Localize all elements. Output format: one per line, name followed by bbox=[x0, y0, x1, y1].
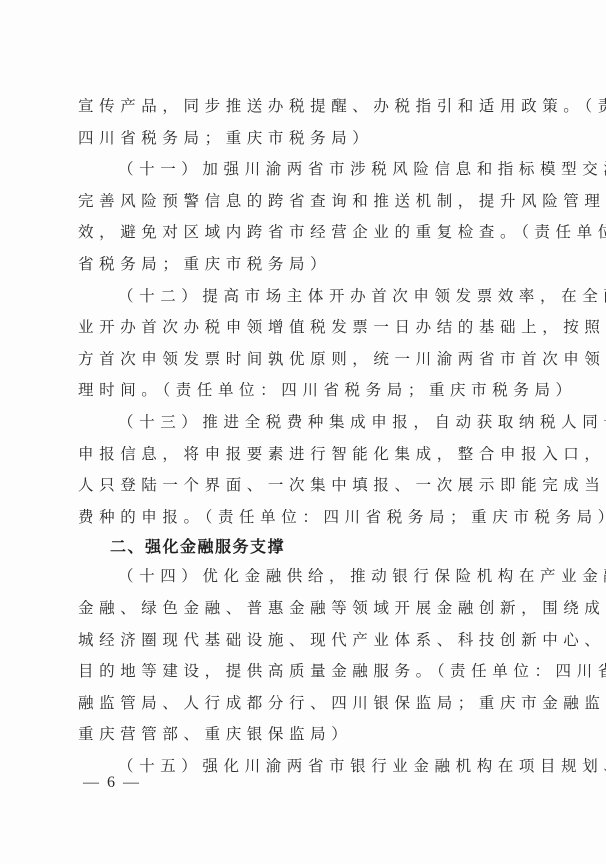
text-line: 省税务局；重庆市税务局） bbox=[78, 249, 530, 281]
text-line: 效，避免对区域内跨省市经营企业的重复检查。（责任单位：四川 bbox=[78, 217, 530, 249]
text-line: 四川省税务局；重庆市税务局） bbox=[78, 123, 530, 155]
document-page: 宣传产品，同步推送办税提醒、办税指引和适用政策。（责任单位： 四川省税务局；重庆… bbox=[0, 0, 606, 864]
text-line: 宣传产品，同步推送办税提醒、办税指引和适用政策。（责任单位： bbox=[78, 91, 530, 123]
section-heading: 二、强化金融服务支撑 bbox=[78, 533, 530, 561]
paragraph-14-start: （十四）优化金融供给，推动银行保险机构在产业金融、科技 bbox=[78, 561, 530, 593]
text-line: 金融、绿色金融、普惠金融等领域开展金融创新，围绕成渝地区双 bbox=[78, 593, 530, 625]
text-line: 人只登陆一个界面、一次集中填报、一次展示即能完成当期所有税 bbox=[78, 470, 530, 502]
text-line: 重庆营管部、重庆银保监局） bbox=[78, 719, 530, 751]
paragraph-12-start: （十二）提高市场主体开办首次申领发票效率，在全面落实企 bbox=[78, 281, 530, 313]
page-number: — 6 — bbox=[83, 774, 141, 792]
text-line: 业开办首次办税申领增值税发票一日办结的基础上，按照川渝双 bbox=[78, 312, 530, 344]
paragraph-15-start: （十五）强化川渝两省市银行业金融机构在项目规划、项目评 bbox=[78, 751, 530, 783]
text-line: 理时间。（责任单位：四川省税务局；重庆市税务局） bbox=[78, 375, 530, 407]
paragraph-13-start: （十三）推进全税费种集成申报，自动获取纳税人同一时期应 bbox=[78, 407, 530, 439]
text-line: 完善风险预警信息的跨省查询和推送机制，提升风险管理工作质 bbox=[78, 186, 530, 218]
text-line: 城经济圈现代基础设施、现代产业体系、科技创新中心、国际消费 bbox=[78, 625, 530, 657]
text-line: 费种的申报。（责任单位：四川省税务局；重庆市税务局） bbox=[78, 502, 530, 534]
document-body: 宣传产品，同步推送办税提醒、办税指引和适用政策。（责任单位： 四川省税务局；重庆… bbox=[78, 91, 530, 782]
text-line: 方首次申领发票时间孰优原则，统一川渝两省市首次申领发票办 bbox=[78, 344, 530, 376]
paragraph-11-start: （十一）加强川渝两省市涉税风险信息和指标模型交流共享， bbox=[78, 154, 530, 186]
text-line: 申报信息，将申报要素进行智能化集成，整合申报入口，实现纳税 bbox=[78, 439, 530, 471]
text-line: 目的地等建设，提供高质量金融服务。（责任单位：四川省地方金 bbox=[78, 656, 530, 688]
text-line: 融监管局、人行成都分行、四川银保监局；重庆市金融监管局、人行 bbox=[78, 688, 530, 720]
